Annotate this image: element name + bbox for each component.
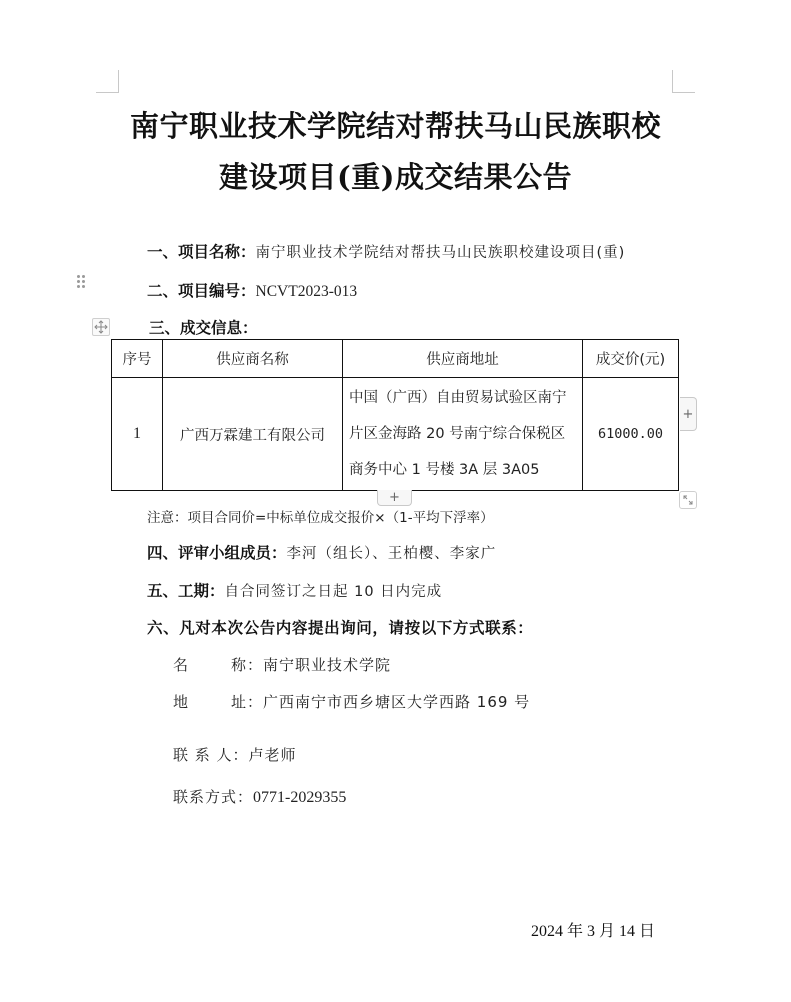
project-number-value: NCVT2023-013 xyxy=(256,283,358,300)
table-row: 1 广西万霖建工有限公司 中国（广西）自由贸易试验区南宁片区金海路 20 号南宁… xyxy=(112,378,679,491)
project-number-label: 二、项目编号： xyxy=(147,281,256,300)
contact-name-label: 名称： xyxy=(173,654,263,675)
contact-person-label: 联 系 人： xyxy=(173,744,249,765)
cell-index: 1 xyxy=(112,378,163,491)
project-name-line: 一、项目名称：南宁职业技术学院结对帮扶马山民族职校建设项目(重) xyxy=(147,240,625,262)
header-supplier-name: 供应商名称 xyxy=(163,340,343,378)
duration-value: 自合同签订之日起 10 日内完成 xyxy=(225,584,443,600)
project-number-line: 二、项目编号：NCVT2023-013 xyxy=(147,279,357,301)
contact-phone-line: 联系方式：0771-2029355 xyxy=(173,786,346,807)
paragraph-drag-handle-icon[interactable] xyxy=(77,275,87,289)
contact-name-value: 南宁职业技术学院 xyxy=(263,656,391,674)
table-move-handle-icon[interactable] xyxy=(92,318,110,336)
deal-info-label: 三、成交信息： xyxy=(149,318,258,337)
table-header-row: 序号 供应商名称 供应商地址 成交价(元) xyxy=(112,340,679,378)
add-column-button[interactable]: + xyxy=(680,397,697,431)
cell-supplier-address: 中国（广西）自由贸易试验区南宁片区金海路 20 号南宁综合保税区商务中心 1 号… xyxy=(343,378,583,491)
contact-phone-label: 联系方式： xyxy=(173,786,253,807)
price-formula-note: 注意：项目合同价=中标单位成交报价×（1-平均下浮率） xyxy=(147,506,494,526)
deal-info-line: 三、成交信息： xyxy=(147,316,258,338)
duration-label: 五、工期： xyxy=(147,581,225,600)
document-title-line-2: 建设项目(重)成交结果公告 xyxy=(0,155,791,196)
review-members-line: 四、评审小组成员：李河（组长）、王柏樱、李家广 xyxy=(147,541,496,563)
document-title-line-1: 南宁职业技术学院结对帮扶马山民族职校 xyxy=(0,104,791,145)
page-corner-mark-top-right xyxy=(672,70,695,93)
header-index: 序号 xyxy=(112,340,163,378)
header-deal-price: 成交价(元) xyxy=(583,340,679,378)
announcement-date: 2024 年 3 月 14 日 xyxy=(531,918,655,941)
contact-intro-label: 六、凡对本次公告内容提出询问，请按以下方式联系： xyxy=(147,618,533,637)
review-members-value: 李河（组长）、王柏樱、李家广 xyxy=(287,546,497,562)
contact-person-line: 联 系 人：卢老师 xyxy=(173,744,297,765)
contact-address-line: 地址：广西南宁市西乡塘区大学西路 169 号 xyxy=(173,691,530,712)
project-name-value: 南宁职业技术学院结对帮扶马山民族职校建设项目(重) xyxy=(256,245,626,261)
page-corner-mark-top-left xyxy=(96,70,119,93)
duration-line: 五、工期：自合同签订之日起 10 日内完成 xyxy=(147,579,442,601)
table-resize-handle-icon[interactable] xyxy=(679,491,697,509)
header-supplier-address: 供应商地址 xyxy=(343,340,583,378)
contact-phone-value: 0771-2029355 xyxy=(253,789,346,806)
contact-name-line: 名称：南宁职业技术学院 xyxy=(173,654,391,675)
contact-person-value: 卢老师 xyxy=(249,746,297,764)
cell-supplier-name: 广西万霖建工有限公司 xyxy=(163,378,343,491)
contact-address-value: 广西南宁市西乡塘区大学西路 169 号 xyxy=(263,693,530,711)
add-row-button[interactable]: + xyxy=(377,490,412,506)
deal-result-table: 序号 供应商名称 供应商地址 成交价(元) 1 广西万霖建工有限公司 中国（广西… xyxy=(111,339,679,491)
project-name-label: 一、项目名称： xyxy=(147,242,256,261)
review-members-label: 四、评审小组成员： xyxy=(147,543,287,562)
contact-address-label: 地址： xyxy=(173,691,263,712)
contact-intro-line: 六、凡对本次公告内容提出询问，请按以下方式联系： xyxy=(147,616,533,638)
cell-deal-price: 61000.00 xyxy=(583,378,679,491)
